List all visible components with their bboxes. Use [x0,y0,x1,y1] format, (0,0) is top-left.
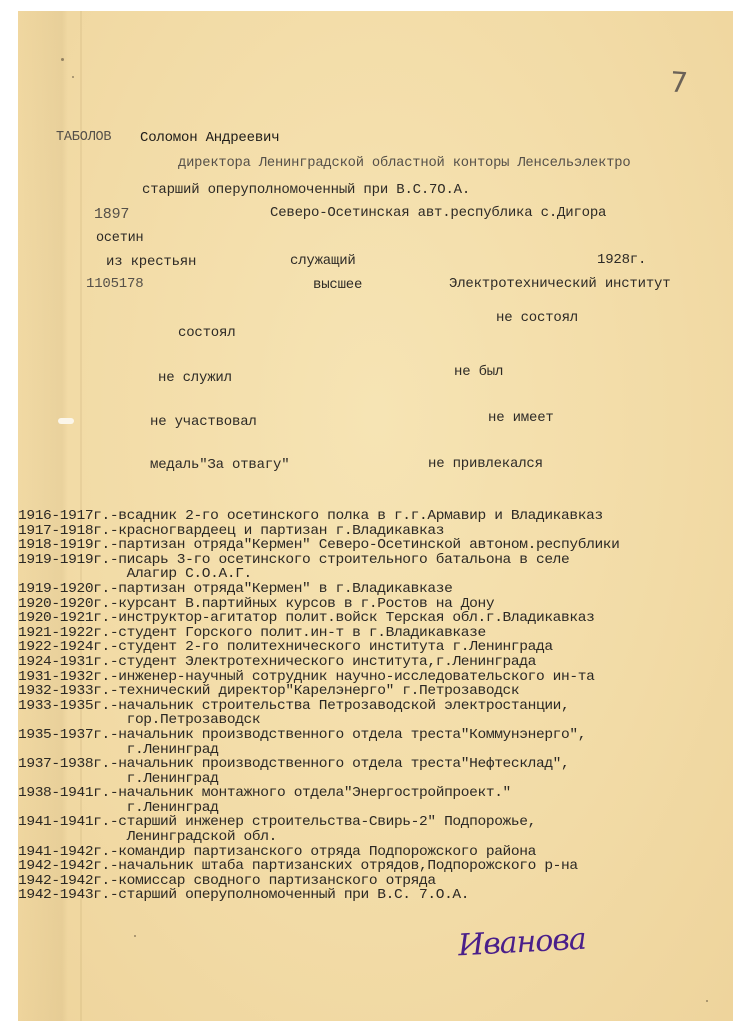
biography-years: 1931-1932г. [18,670,110,685]
birth-year: 1897 [94,207,129,222]
biography-years: 1942-1942г. [18,859,110,874]
biography-years: 1922-1924г. [18,640,110,655]
paper-speck [61,58,64,61]
biography-years: 1919-1919г. [18,553,110,568]
paper-speck [134,935,136,937]
white-army: не участвовал [150,415,257,429]
biography-text: -инструктор-агитатор полит.войск Терская… [110,611,595,626]
biography-years: 1938-1941г. [18,786,110,801]
position-1: директора Ленинградской областной контор… [178,157,630,171]
biography-entry: 1942-1943г.-старший оперуполномоченный п… [18,889,620,904]
biography-entry-continuation: Ленинградской обл. [18,831,620,846]
biography-years: 1924-1931г. [18,655,110,670]
biography-entry-continuation: гор.Петрозаводск [18,714,620,729]
biography-entry: 1942-1942г.-комиссар сводного партизанск… [18,875,620,890]
biography-text: -писарь 3-го осетинского строительного б… [110,553,569,568]
biography-entry: 1919-1920г.-партизан отряда"Кермен" в г.… [18,583,620,598]
biography-entry-continuation: г.Ленинград [18,802,620,817]
biography-entry: 1942-1942г.-начальник штаба партизанских… [18,860,620,875]
biography-years: 1937-1938г. [18,757,110,772]
page-number: 7 [669,65,689,99]
biography-entry: 1921-1922г.-студент Горского полит.ин-т … [18,627,620,642]
biography-years: 1942-1943г. [18,888,110,903]
biography-text: -всадник 2-го осетинского полка в г.г.Ар… [110,509,603,524]
biography-entry-continuation: Алагир С.О.А.Г. [18,568,620,583]
party-card-number: 1105178 [86,277,143,291]
biography-text: -командир партизанского отряда Подпорожс… [110,845,536,860]
biography-text: -красногвардеец и партизан г.Владикавказ [110,524,444,539]
biography-text: -начальник монтажного отдела"Энергострой… [110,786,511,801]
biography-years: 1935-1937г. [18,728,110,743]
biography-entry: 1922-1924г.-студент 2-го политехническог… [18,641,620,656]
biography-text: -студент Электротехнического института,г… [110,655,536,670]
education-level: высшее [313,278,362,292]
biography-entry: 1931-1932г.-инженер-научный сотрудник на… [18,671,620,686]
biography-entry: 1935-1937г.-начальник производственного … [18,729,620,744]
biography-text: -старший инженер строительства-Свирь-2" … [110,815,536,830]
biography-entry: 1941-1942г.-командир партизанского отряд… [18,846,620,861]
abroad: не был [454,365,503,379]
biography-list: 1916-1917г.-всадник 2-го осетинского пол… [18,510,580,904]
biography-text: -технический директор"Карелэнерго" г.Пет… [110,684,519,699]
biography-entry: 1920-1921г.-инструктор-агитатор полит.во… [18,612,620,627]
biography-years: 1933-1935г. [18,699,110,714]
biography-entry-continuation: г.Ленинград [18,744,620,759]
biography-years: 1919-1920г. [18,582,110,597]
biography-text: -старший оперуполномоченный при В.С. 7.О… [110,888,469,903]
biography-text: -инженер-научный сотрудник научно-исслед… [110,670,595,685]
biography-years: 1932-1933г. [18,684,110,699]
biography-years: 1941-1941г. [18,815,110,830]
paper-tear [58,418,74,424]
biography-text: -партизан отряда"Кермен" в г.Владикавказ… [110,582,453,597]
biography-years: 1918-1919г. [18,538,110,553]
biography-entry: 1916-1917г.-всадник 2-го осетинского пол… [18,510,620,525]
biography-text: -комиссар сводного партизанского отряда [110,874,436,889]
biography-text: -партизан отряда"Кермен" Северо-Осетинск… [110,538,620,553]
biography-years: 1916-1917г. [18,509,110,524]
biography-years: 1920-1921г. [18,611,110,626]
biography-entry: 1938-1941г.-начальник монтажного отдела"… [18,787,620,802]
biography-entry: 1920-1920г.-курсант В.партийных курсов в… [18,598,620,613]
biography-entry: 1933-1935г.-начальник строительства Петр… [18,700,620,715]
penalties: не имеет [488,411,554,425]
paper-speck [706,1000,708,1002]
biography-text: -начальник строительства Петрозаводской … [110,699,569,714]
biography-years: 1942-1942г. [18,874,110,889]
handwritten-signature: Иванова [457,922,586,964]
biography-entry: 1937-1938г.-начальник производственного … [18,758,620,773]
opposition: состоял [178,326,235,340]
biography-text: -начальник штаба партизанских отрядов,По… [110,859,578,874]
tsarist-army: не служил [158,371,232,385]
biography-entry: 1924-1931г.-студент Электротехнического … [18,656,620,671]
biography-text: -начальник производственного отдела трес… [110,728,586,743]
nationality: осетин [96,232,143,246]
biography-entry: 1941-1941г.-старший инженер строительств… [18,816,620,831]
biography-text: -курсант В.партийных курсов в г.Ростов н… [110,597,494,612]
biography-entry: 1932-1933г.-технический директор"Карелэн… [18,685,620,700]
birth-place: Северо-Осетинская авт.республика с.Дигор… [270,206,606,220]
education-institution: Электротехнический институт [449,277,670,291]
biography-entry: 1919-1919г.-писарь 3-го осетинского стро… [18,554,620,569]
other-party: не состоял [496,311,578,325]
biography-years: 1921-1922г. [18,626,110,641]
biography-entry-continuation: г.Ленинград [18,773,620,788]
biography-years: 1920-1920г. [18,597,110,612]
party-since: 1928г. [597,253,646,267]
biography-years: 1917-1918г. [18,524,110,539]
biography-text: -студент Горского полит.ин-т в г.Владика… [110,626,486,641]
surname: ТАБОЛОВ [56,131,111,145]
court: не привлекался [428,457,543,471]
biography-text: -студент 2-го политехнического института… [110,640,553,655]
biography-entry: 1917-1918г.-красногвардеец и партизан г.… [18,525,620,540]
biography-text: -начальник производственного отдела трес… [110,757,569,772]
position-2: старший оперуполномоченный при В.С.7О.А. [142,183,470,197]
awards: медаль"За отвагу" [150,458,289,472]
name-patronymic: Соломон Андреевич [140,131,279,145]
paper-speck [72,76,74,78]
biography-years: 1941-1942г. [18,845,110,860]
social-status: служащий [290,254,356,268]
biography-entry: 1918-1919г.-партизан отряда"Кермен" Севе… [18,539,620,554]
social-origin: из крестьян [106,255,196,269]
